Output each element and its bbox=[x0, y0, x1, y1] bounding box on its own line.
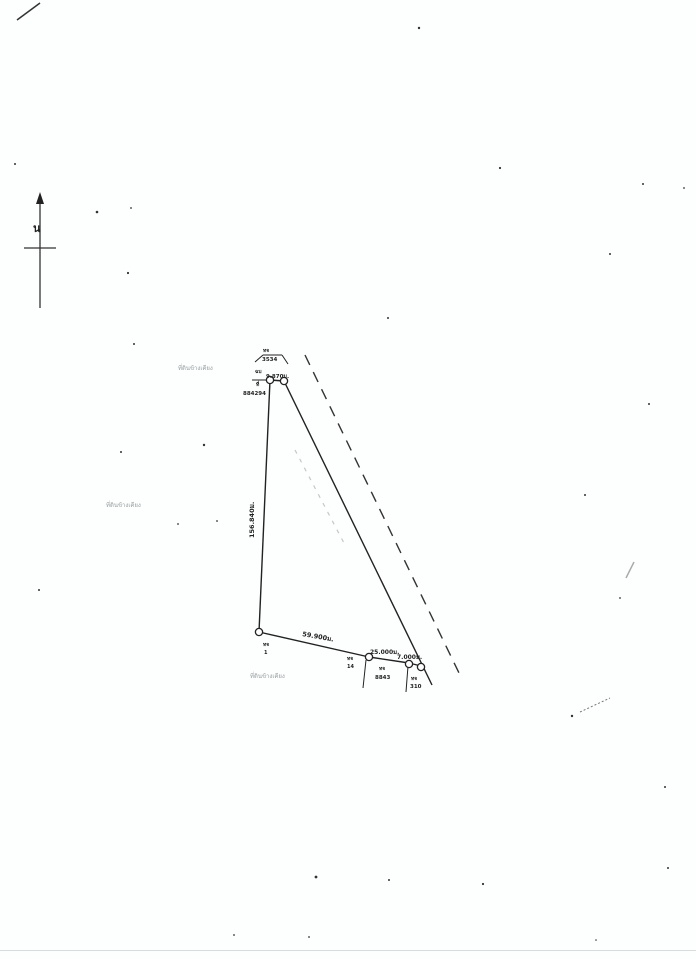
road-boundary-dashed bbox=[305, 355, 460, 675]
survey-plot-diagram: น bbox=[0, 0, 696, 959]
dimension-south-b: 25.000ม. bbox=[370, 649, 399, 656]
dimension-top: 9.870ม. bbox=[266, 373, 289, 380]
parcel-corner-number: 1 bbox=[264, 650, 268, 656]
scan-streak bbox=[580, 698, 610, 712]
parcel-top-left-prefix: ที่ bbox=[256, 380, 260, 388]
dimension-south-c: 7.000ม. bbox=[397, 654, 422, 661]
marker-circle-icon bbox=[417, 663, 424, 670]
faint-label-left: ที่ดินข้างเคียง bbox=[106, 501, 141, 509]
marker-circle-icon bbox=[255, 628, 262, 635]
scan-specks bbox=[14, 27, 685, 941]
parcel-top-left-number: 884294 bbox=[243, 391, 266, 397]
north-arrow-icon: น bbox=[24, 192, 56, 308]
faint-label-upper-left: ที่ดินข้างเคียง bbox=[178, 364, 213, 372]
parcel-top-corner-label: ฉบ bbox=[255, 369, 262, 375]
parcel-mid-number: 8843 bbox=[375, 675, 390, 681]
boundary-markers bbox=[255, 376, 424, 670]
parcel-mid-left-number: 14 bbox=[347, 664, 354, 670]
north-label: น bbox=[33, 222, 41, 235]
dimension-west: 156.840ม. bbox=[248, 502, 256, 538]
parcel-boundary bbox=[252, 355, 432, 692]
faint-label-bottom: ที่ดินข้างเคียง bbox=[250, 672, 285, 680]
dimension-south-a: 59.900ม. bbox=[302, 630, 335, 643]
parcel-mid-prefix: ทจ bbox=[379, 666, 385, 672]
parcel-top-prefix: ทจ bbox=[263, 348, 269, 354]
parcel-top-number: 3534 bbox=[262, 357, 277, 363]
scan-streak bbox=[626, 562, 634, 578]
parcel-right-number: 310 bbox=[410, 684, 422, 690]
corner-mark bbox=[17, 3, 40, 20]
parcel-mid-left-prefix: ทจ bbox=[347, 656, 353, 662]
ghost-line bbox=[295, 450, 345, 545]
parcel-corner-prefix: ทจ bbox=[263, 642, 269, 648]
parcel-right-prefix: ทจ bbox=[411, 676, 417, 682]
scanned-survey-page: น bbox=[0, 0, 696, 959]
marker-circle-icon bbox=[405, 660, 412, 667]
